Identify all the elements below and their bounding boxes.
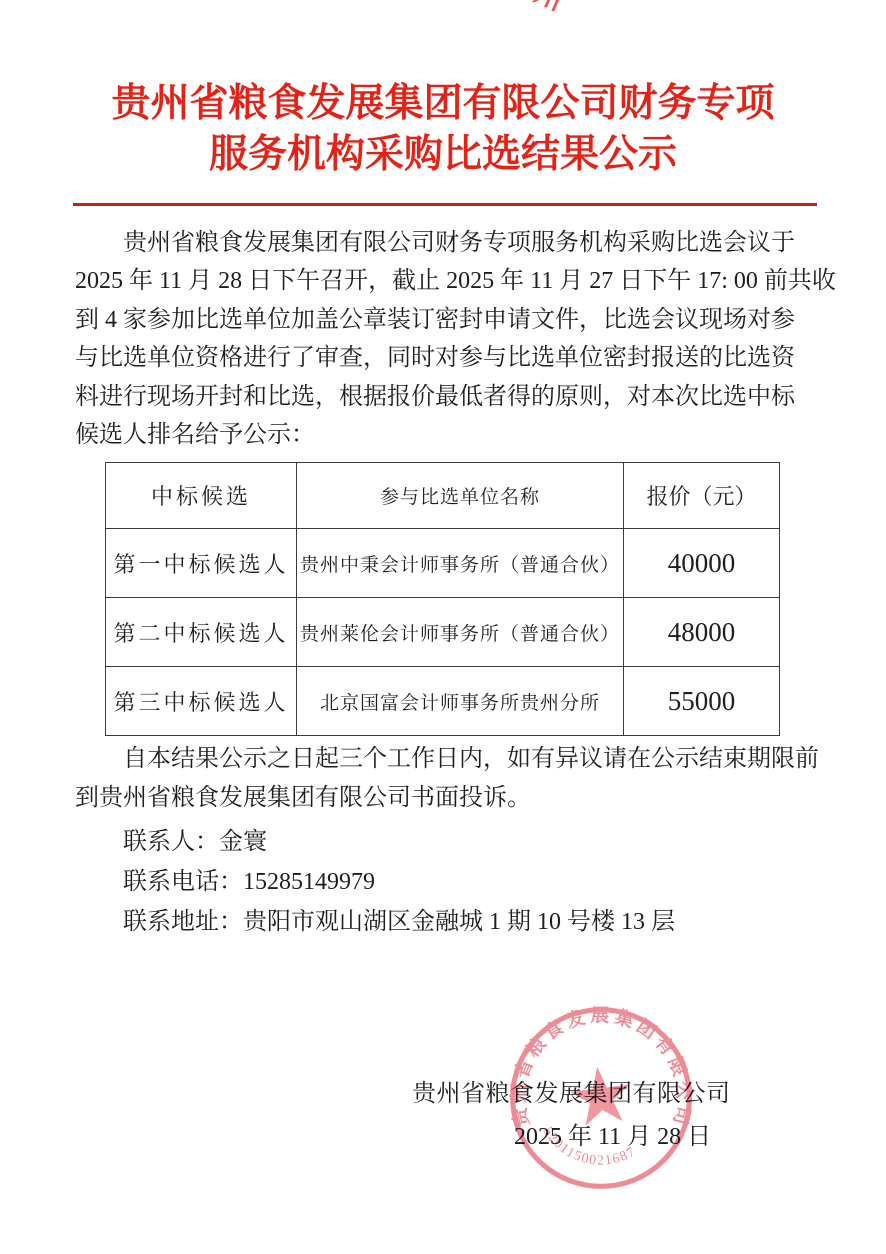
document-page: { "top_fragment": { "text": "贵州" }, "tit… <box>0 0 886 1254</box>
cell-rank: 第三中标候选人 <box>106 667 297 736</box>
cell-rank: 第二中标候选人 <box>106 598 297 667</box>
cell-price: 55000 <box>624 667 780 736</box>
cell-rank: 第一中标候选人 <box>106 529 297 598</box>
objection-paragraph: 自本结果公示之日起三个工作日内，如有异议请在公示结束期限前 到贵州省粮食发展集团… <box>75 740 817 818</box>
intro-line: 料进行现场开封和比选，根据报价最低者得的原则，对本次比选中标 <box>75 378 817 416</box>
table-row: 第二中标候选人 贵州莱伦会计师事务所（普通合伙） 48000 <box>106 598 780 667</box>
cell-company: 北京国富会计师事务所贵州分所 <box>297 667 624 736</box>
cell-price: 40000 <box>624 529 780 598</box>
cell-company: 贵州中秉会计师事务所（普通合伙） <box>297 529 624 598</box>
cell-price: 48000 <box>624 598 780 667</box>
intro-line: 到 4 家参加比选单位加盖公章装订密封申请文件，比选会议现场对参 <box>75 301 817 339</box>
table-row: 第三中标候选人 北京国富会计师事务所贵州分所 55000 <box>106 667 780 736</box>
intro-line: 与比选单位资格进行了审查，同时对参与比选单位密封报送的比选资 <box>75 339 817 377</box>
table-header-row: 中标候选 参与比选单位名称 报价（元） <box>106 463 780 529</box>
contact-person: 联系人：金寰 <box>75 822 817 862</box>
signature-company: 贵州省粮食发展集团有限公司 <box>412 1073 731 1108</box>
contact-address: 联系地址：贵阳市观山湖区金融城 1 期 10 号楼 13 层 <box>75 902 817 942</box>
objection-line: 到贵州省粮食发展集团有限公司书面投诉。 <box>75 779 817 818</box>
signature-date: 2025 年 11 月 28 日 <box>514 1116 711 1151</box>
seal-ring-text: 贵州省粮食发展集团有限公司 <box>508 1005 694 1130</box>
table-row: 第一中标候选人 贵州中秉会计师事务所（普通合伙） 40000 <box>106 529 780 598</box>
title-divider-rule <box>73 203 817 206</box>
intro-paragraph: 贵州省粮食发展集团有限公司财务专项服务机构采购比选会议于 2025 年 11 月… <box>75 224 817 454</box>
intro-line: 贵州省粮食发展集团有限公司财务专项服务机构采购比选会议于 <box>75 224 817 262</box>
header-price: 报价（元） <box>624 463 780 529</box>
document-title-line1: 贵州省粮食发展集团有限公司财务专项 <box>0 78 886 129</box>
intro-line: 候选人排名给予公示： <box>75 416 817 454</box>
header-company: 参与比选单位名称 <box>297 463 624 529</box>
intro-line: 2025 年 11 月 28 日下午召开，截止 2025 年 11 月 27 日… <box>75 262 817 300</box>
contact-block: 联系人：金寰 联系电话：15285149979 联系地址：贵阳市观山湖区金融城 … <box>75 822 817 942</box>
svg-text:贵州省粮食发展集团有限公司: 贵州省粮食发展集团有限公司 <box>508 1005 694 1130</box>
contact-phone: 联系电话：15285149979 <box>75 862 817 902</box>
top-partial-seal-text: 贵州 <box>502 0 569 18</box>
header-candidate: 中标候选 <box>106 463 297 529</box>
document-title-line2: 服务机构采购比选结果公示 <box>0 129 886 180</box>
top-partial-seal-fragment: 贵州 <box>490 0 599 55</box>
objection-line: 自本结果公示之日起三个工作日内，如有异议请在公示结束期限前 <box>75 740 817 779</box>
cell-company: 贵州莱伦会计师事务所（普通合伙） <box>297 598 624 667</box>
bid-results-table: 中标候选 参与比选单位名称 报价（元） 第一中标候选人 贵州中秉会计师事务所（普… <box>105 462 780 736</box>
document-title: 贵州省粮食发展集团有限公司财务专项 服务机构采购比选结果公示 <box>0 78 886 180</box>
